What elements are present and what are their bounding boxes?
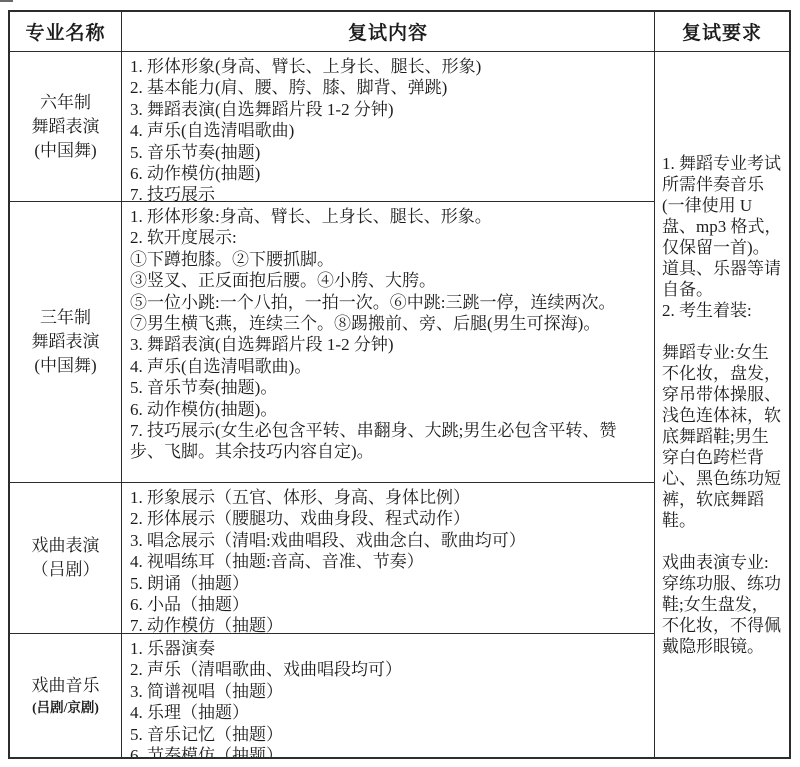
content-item: ⑦男生横飞燕，连续三个。⑧踢搬前、旁、后腿(男生可探海)。 [130,313,648,334]
content-item: 5. 音乐节奏(抽题) [130,142,648,163]
content-item: 6. 小品（抽题） [130,594,648,615]
content-item: 7. 技巧展示 [130,184,648,202]
content-item: 4. 视唱练耳（抽题:音高、音准、节奏） [130,551,648,572]
content-cell-six-year-dance: 1. 形体形象(身高、臂长、上身长、腿长、形象) 2. 基本能力(肩、腰、胯、膝… [122,52,655,202]
requirement-paragraph: 舞蹈专业:女生不化妆，盘发，穿吊带体操服、浅色连体袜，软底舞蹈鞋;男生穿白色跨栏… [662,342,784,531]
major-cell-six-year-dance: 六年制 舞蹈表演 (中国舞) [10,52,122,202]
header-retest-content: 复试内容 [122,12,655,52]
content-item: 3. 唱念展示（清唱:戏曲唱段、戏曲念白、歌曲均可） [130,530,648,551]
major-label-line: 戏曲音乐 [32,674,100,698]
content-item: 6. 节奏模仿（抽题） [130,745,648,757]
major-cell-opera-music: 戏曲音乐 (吕剧/京剧) [10,634,122,757]
content-item: 5. 音乐记忆（抽题） [130,724,648,745]
content-cell-three-year-dance: 1. 形体形象:身高、臂长、上身长、腿长、形象。 2. 软开度展示: ①下蹲抱膝… [122,202,655,483]
major-cell-three-year-dance: 三年制 舞蹈表演 (中国舞) [10,202,122,483]
content-item: 2. 基本能力(肩、腰、胯、膝、脚背、弹跳) [130,77,648,98]
content-item: 1. 形体形象:身高、臂长、上身长、腿长、形象。 [130,206,648,227]
content-item: 5. 朗诵（抽题） [130,573,648,594]
content-item: 4. 乐理（抽题） [130,702,648,723]
content-item: 3. 舞蹈表演(自选舞蹈片段 1-2 分钟) [130,99,648,120]
content-item: 4. 声乐(自选清唱歌曲)。 [130,356,648,377]
content-item: 6. 动作模仿(抽题)。 [130,399,648,420]
page-edge-artifact [0,0,13,2]
content-item: 5. 音乐节奏(抽题)。 [130,377,648,398]
content-item: 1. 形象展示（五官、体形、身高、身体比例） [130,487,648,508]
requirement-paragraph: 1. 舞蹈专业考试所需伴奏音乐(一律使用 U 盘、mp3 格式，仅保留一首)。道… [662,153,784,300]
content-item: 1. 乐器演奏 [130,638,648,659]
major-cell-opera-performance: 戏曲表演 （吕剧） [10,483,122,634]
content-item: 1. 形体形象(身高、臂长、上身长、腿长、形象) [130,56,648,77]
content-item: ③竖叉、正反面抱后腰。④小胯、大胯。 [130,270,648,291]
header-major-name: 专业名称 [10,12,122,52]
content-item: 6. 动作模仿(抽题) [130,163,648,184]
content-item: 3. 舞蹈表演(自选舞蹈片段 1-2 分钟) [130,334,648,355]
major-label-line: 六年制 [40,91,91,115]
content-item: 7. 动作模仿（抽题） [130,615,648,634]
major-label-line: (中国舞) [34,354,96,378]
audition-retest-table: 专业名称 复试内容 复试要求 六年制 舞蹈表演 (中国舞) 1. 形体形象(身高… [8,10,791,759]
content-item: 2. 形体展示（腰腿功、戏曲身段、程式动作） [130,508,648,529]
major-label-line: 三年制 [40,306,91,330]
content-item: 7. 技巧展示(女生必包含平转、串翻身、大跳;男生必包含平转、赞步、飞脚。其余技… [130,420,648,463]
requirement-paragraph: 2. 考生着装: [662,300,784,321]
major-label-line: (中国舞) [34,139,96,163]
requirements-cell: 1. 舞蹈专业考试所需伴奏音乐(一律使用 U 盘、mp3 格式，仅保留一首)。道… [655,52,789,757]
requirement-paragraph: 戏曲表演专业:穿练功服、练功鞋;女生盘发，不化妆，不得佩戴隐形眼镜。 [662,552,784,657]
content-item: 2. 软开度展示: [130,227,648,248]
major-label-line: （吕剧） [32,558,100,582]
content-item: 2. 声乐（清唱歌曲、戏曲唱段均可） [130,659,648,680]
major-label-line: 戏曲表演 [32,534,100,558]
major-label-subline: (吕剧/京剧) [32,698,99,718]
content-cell-opera-music: 1. 乐器演奏 2. 声乐（清唱歌曲、戏曲唱段均可） 3. 简谱视唱（抽题） 4… [122,634,655,757]
content-item: 4. 声乐(自选清唱歌曲) [130,120,648,141]
content-item: 3. 简谱视唱（抽题） [130,681,648,702]
major-label-line: 舞蹈表演 [32,330,100,354]
content-cell-opera-performance: 1. 形象展示（五官、体形、身高、身体比例） 2. 形体展示（腰腿功、戏曲身段、… [122,483,655,634]
major-label-line: 舞蹈表演 [32,115,100,139]
content-item: ⑤一位小跳:一个八拍，一拍一次。⑥中跳:三跳一停，连续两次。 [130,292,648,313]
header-retest-requirements: 复试要求 [655,12,789,52]
content-item: ①下蹲抱膝。②下腰抓脚。 [130,249,648,270]
